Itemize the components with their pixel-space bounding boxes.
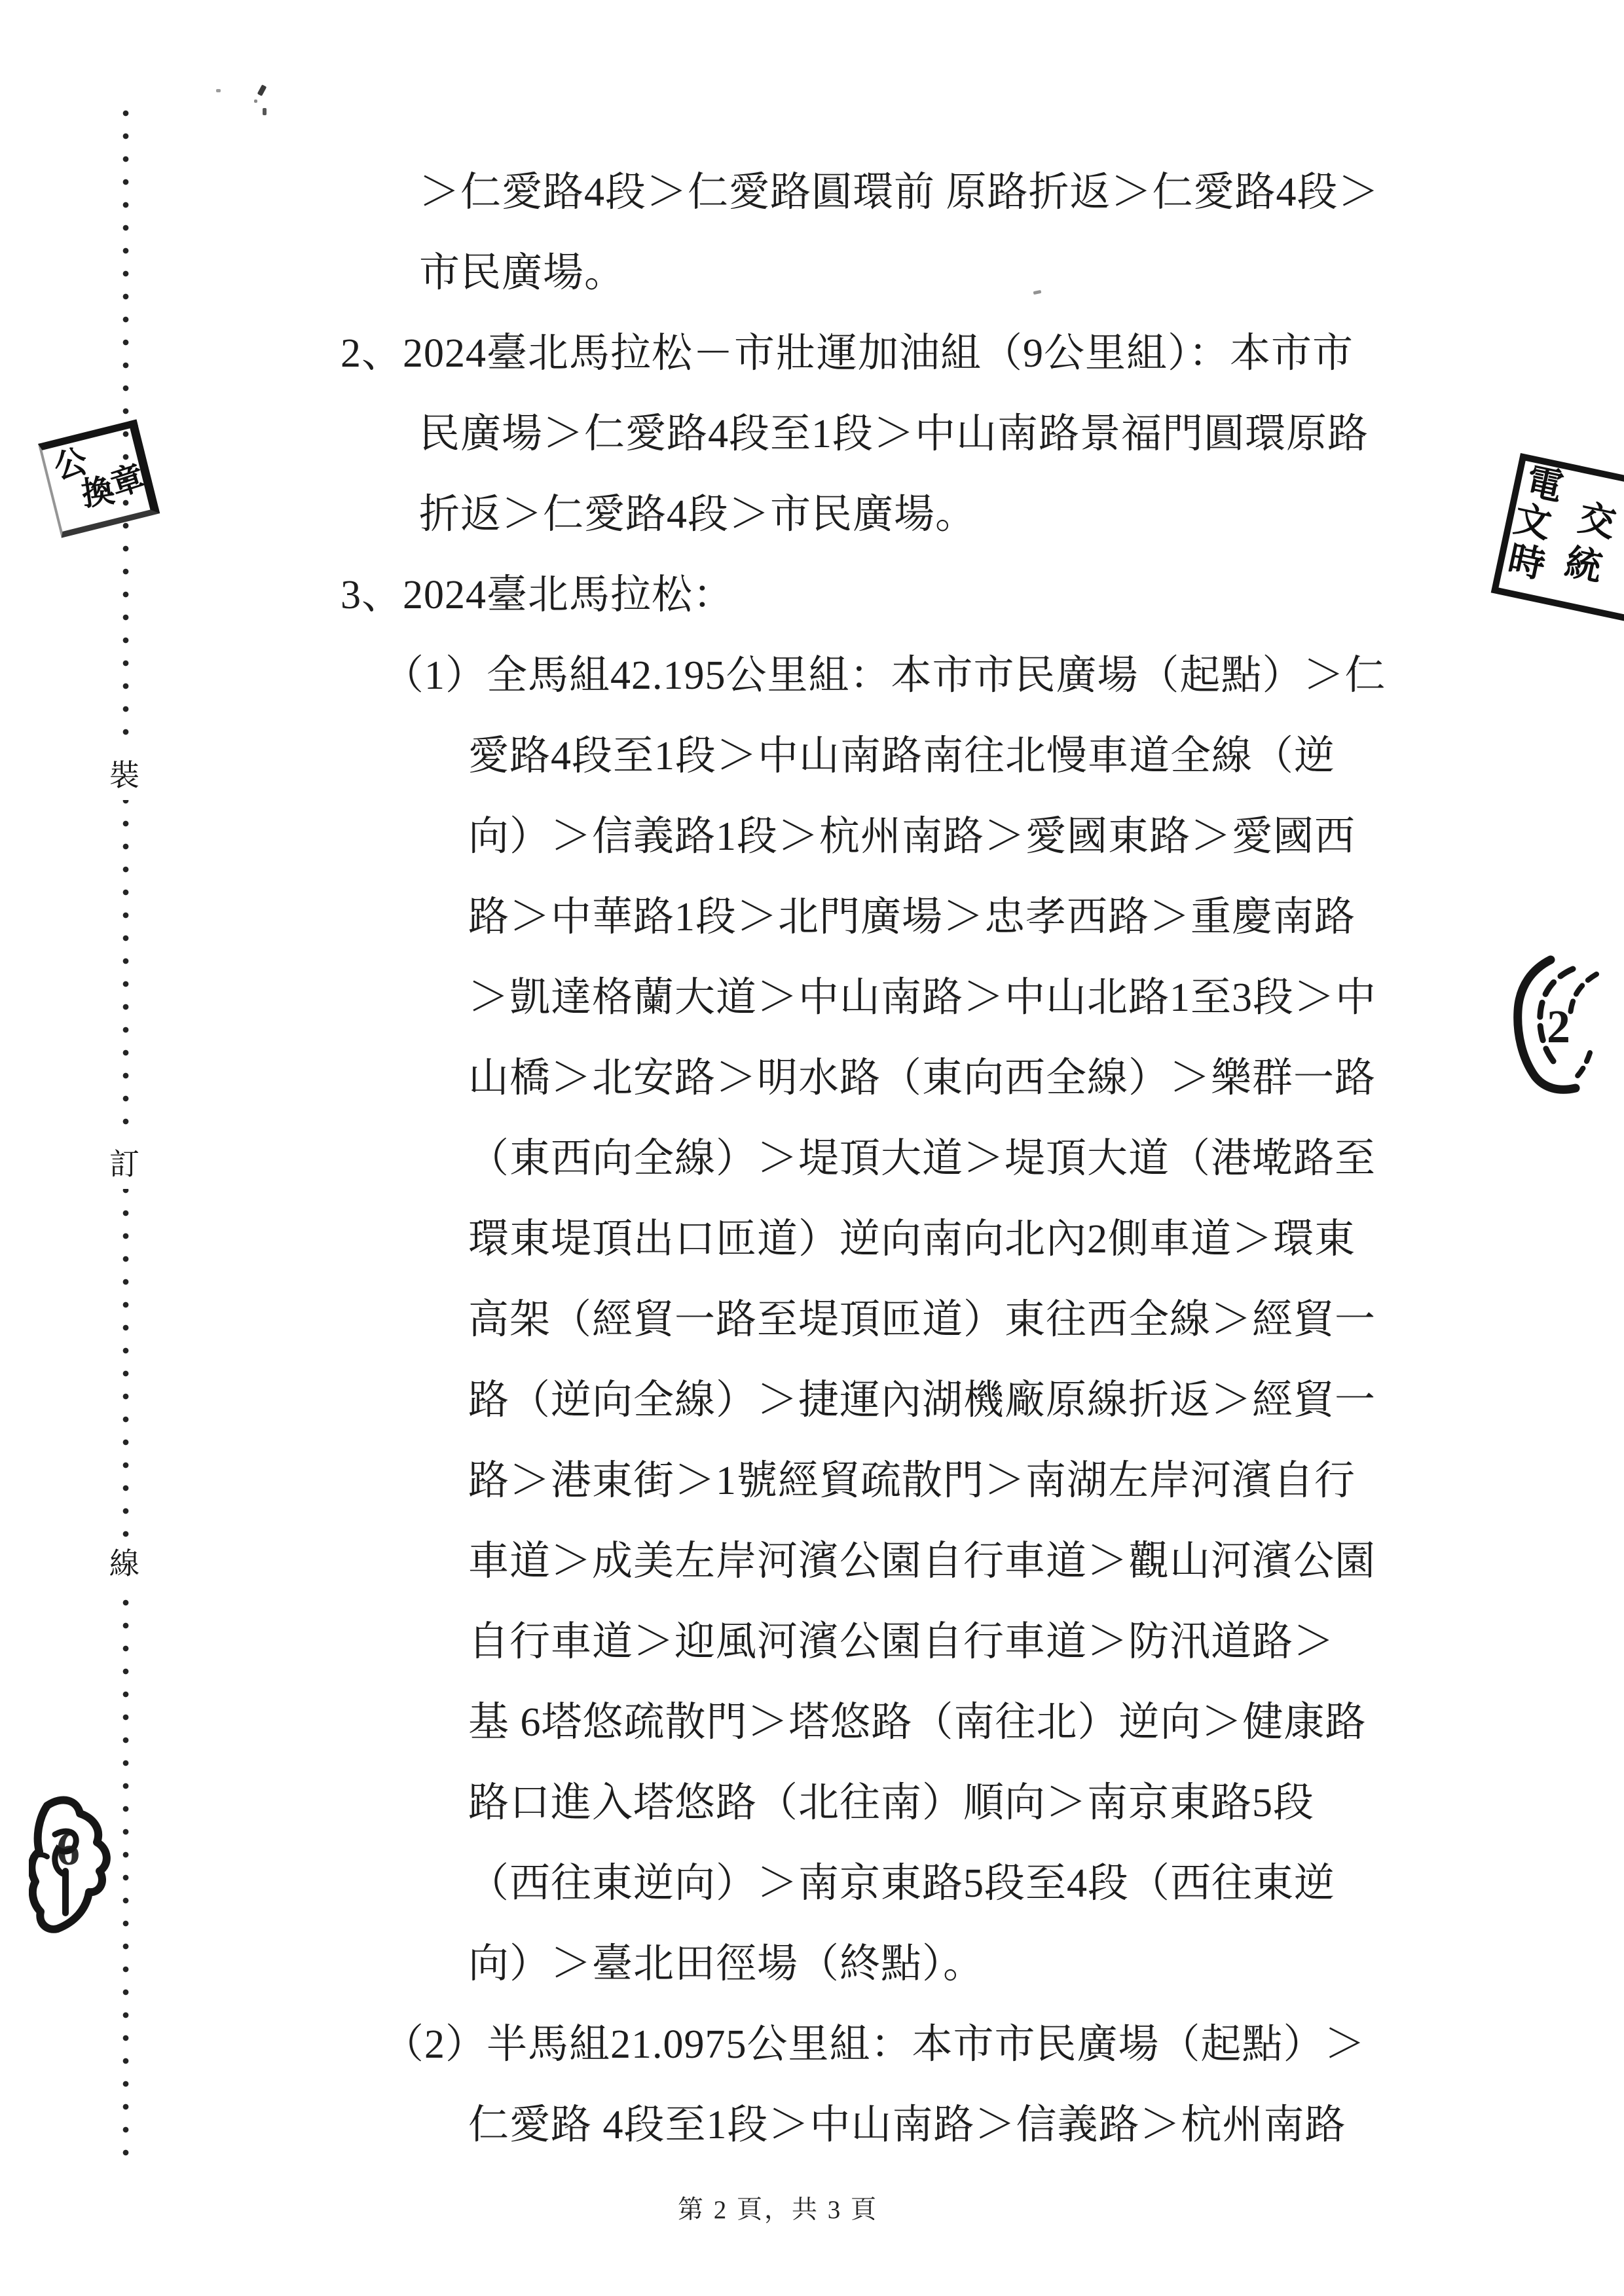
binding-label-zhuang: 裝 bbox=[106, 752, 143, 800]
document-line: 路口進入塔悠路（北往南）順向＞南京東路5段 bbox=[468, 1782, 1314, 1825]
document-line: 路（逆向全線）＞捷運內湖機廠原線折返＞經貿一 bbox=[468, 1379, 1376, 1423]
efile-stamp-char: 統 bbox=[1562, 544, 1605, 587]
exchange-stamp: 公 換 章 bbox=[38, 420, 160, 538]
binding-label-xian: 線 bbox=[106, 1540, 143, 1588]
document-line: 折返＞仁愛路4段＞市民廣場。 bbox=[419, 494, 976, 537]
document-line: 民廣場＞仁愛路4段至1段＞中山南路景福門圓環原路 bbox=[419, 413, 1369, 456]
document-line: （2）半馬組21.0975公里組：本市市民廣場（起點）＞ bbox=[383, 2024, 1366, 2067]
document-line: 路＞中華路1段＞北門廣場＞忠孝西路＞重慶南路 bbox=[468, 896, 1356, 939]
document-line: （1）全馬組42.195公里組：本市市民廣場（起點）＞仁 bbox=[383, 655, 1386, 698]
document-line: 高架（經貿一路至堤頂匝道）東往西全線＞經貿一 bbox=[468, 1299, 1376, 1342]
partial-corner-seal: 6 bbox=[29, 1794, 114, 1941]
document-line: 市民廣場。 bbox=[419, 252, 625, 295]
page-number: 第 2 頁，共 3 頁 bbox=[678, 2189, 878, 2226]
efile-stamp-char: 時 bbox=[1505, 541, 1548, 584]
partial-circle-seal: 2 bbox=[1513, 955, 1624, 1099]
document-line: ＞凱達格蘭大道＞中山南路＞中山北路1至3段＞中 bbox=[468, 977, 1376, 1020]
document-line: 仁愛路 4段至1段＞中山南路＞信義路＞杭州南路 bbox=[468, 2104, 1346, 2147]
corner-seal-number: 6 bbox=[56, 1825, 80, 1872]
binding-label-ding: 訂 bbox=[106, 1140, 143, 1189]
document-line: 山橋＞北安路＞明水路（東向西全線）＞樂群一路 bbox=[468, 1057, 1376, 1101]
scan-speck bbox=[216, 89, 221, 92]
efile-stamp-char: 交 bbox=[1576, 500, 1619, 543]
document-line: 車道＞成美左岸河濱公園自行車道＞觀山河濱公園 bbox=[468, 1540, 1376, 1584]
document-line: 2、2024臺北馬拉松－市壯運加油組（9公里組）：本市市 bbox=[341, 333, 1354, 376]
efile-stamp-char: 文 bbox=[1511, 501, 1554, 544]
scanned-document-page: 裝 訂 線 ＞仁愛路4段＞仁愛路圓環前 原路折返＞仁愛路4段＞市民廣場。2、20… bbox=[0, 0, 1624, 2296]
scan-speck bbox=[263, 108, 267, 115]
document-line: 環東堤頂出口匝道）逆向南向北內2側車道＞環東 bbox=[468, 1218, 1356, 1262]
document-line: （東西向全線）＞堤頂大道＞堤頂大道（港墘路至 bbox=[468, 1138, 1376, 1181]
scan-speck bbox=[1033, 290, 1042, 295]
document-line: 愛路4段至1段＞中山南路南往北慢車道全線（逆 bbox=[468, 735, 1335, 778]
document-line: 向）＞臺北田徑場（終點）。 bbox=[468, 1943, 984, 1986]
document-line: 自行車道＞迎風河濱公園自行車道＞防汛道路＞ bbox=[468, 1621, 1335, 1664]
document-line: 向）＞信義路1段＞杭州南路＞愛國東路＞愛國西 bbox=[468, 816, 1356, 859]
document-line: 基 6塔悠疏散門＞塔悠路（南往北）逆向＞健康路 bbox=[468, 1702, 1367, 1745]
document-line: （西往東逆向）＞南京東路5段至4段（西往東逆 bbox=[468, 1863, 1335, 1906]
scan-speck bbox=[254, 100, 257, 103]
document-line: ＞仁愛路4段＞仁愛路圓環前 原路折返＞仁愛路4段＞ bbox=[419, 172, 1380, 215]
binding-dotted-line bbox=[122, 110, 129, 2166]
efile-stamp: 電 文 時 交 統 bbox=[1491, 453, 1624, 622]
efile-stamp-char: 電 bbox=[1522, 463, 1566, 506]
document-line: 3、2024臺北馬拉松： bbox=[341, 574, 734, 617]
seal-number: 2 bbox=[1547, 1003, 1570, 1050]
scan-speck bbox=[257, 84, 267, 96]
document-line: 路＞港東街＞1號經貿疏散門＞南湖左岸河濱自行 bbox=[468, 1460, 1356, 1503]
